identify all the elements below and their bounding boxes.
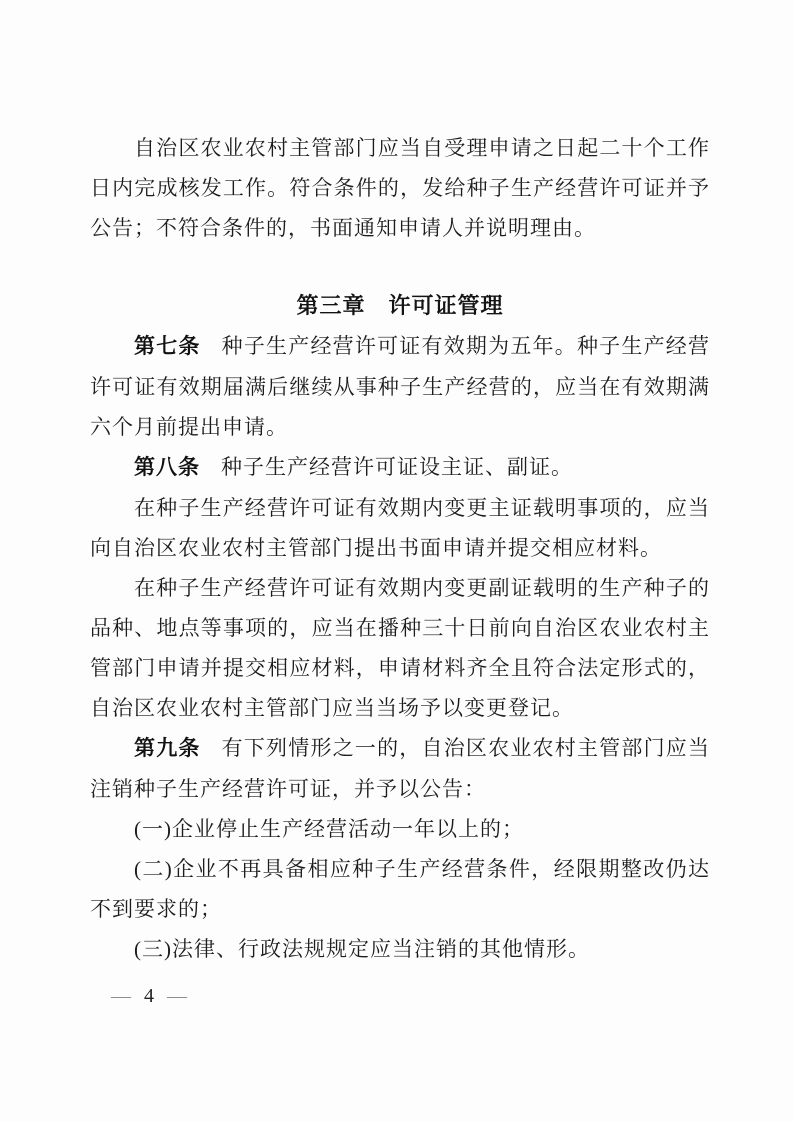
article-8-text: 种子生产经营许可证设主证、副证。 [221, 455, 573, 479]
article-9-label: 第九条 [134, 737, 201, 760]
article-9-item-3: (三)法律、行政法规规定应当注销的其他情形。 [90, 929, 710, 969]
intro-paragraph: 自治区农业农村主管部门应当自受理申请之日起二十个工作日内完成核发工作。符合条件的… [90, 128, 710, 248]
article-7-label: 第七条 [134, 335, 201, 358]
chapter-heading: 第三章 许可证管理 [90, 286, 710, 326]
article-8-clause-sub-cert: 在种子生产经营许可证有效期内变更副证载明的生产种子的品种、地点等事项的，应当在播… [90, 568, 710, 728]
page-number-dash-right: — [167, 985, 187, 1007]
article-8-label: 第八条 [134, 456, 200, 479]
page-number-dash-left: — [111, 985, 131, 1007]
article-8-clause-main-cert: 在种子生产经营许可证有效期内变更主证载明事项的，应当向自治区农业农村主管部门提出… [90, 488, 710, 568]
article-9-item-1: (一)企业停止生产经营活动一年以上的； [90, 809, 710, 849]
article-8-paragraph: 第八条种子生产经营许可证设主证、副证。 [90, 447, 710, 488]
page-footer: —4— [111, 981, 187, 1011]
document-body: 自治区农业农村主管部门应当自受理申请之日起二十个工作日内完成核发工作。符合条件的… [90, 0, 710, 969]
article-7-paragraph: 第七条种子生产经营许可证有效期为五年。种子生产经营许可证有效期届满后继续从事种子… [90, 326, 710, 447]
article-9-item-2: (二)企业不再具备相应种子生产经营条件，经限期整改仍达不到要求的； [90, 849, 710, 929]
page-number: 4 [144, 985, 154, 1007]
article-9-paragraph: 第九条有下列情形之一的，自治区农业农村主管部门应当注销种子生产经营许可证，并予以… [90, 728, 710, 809]
